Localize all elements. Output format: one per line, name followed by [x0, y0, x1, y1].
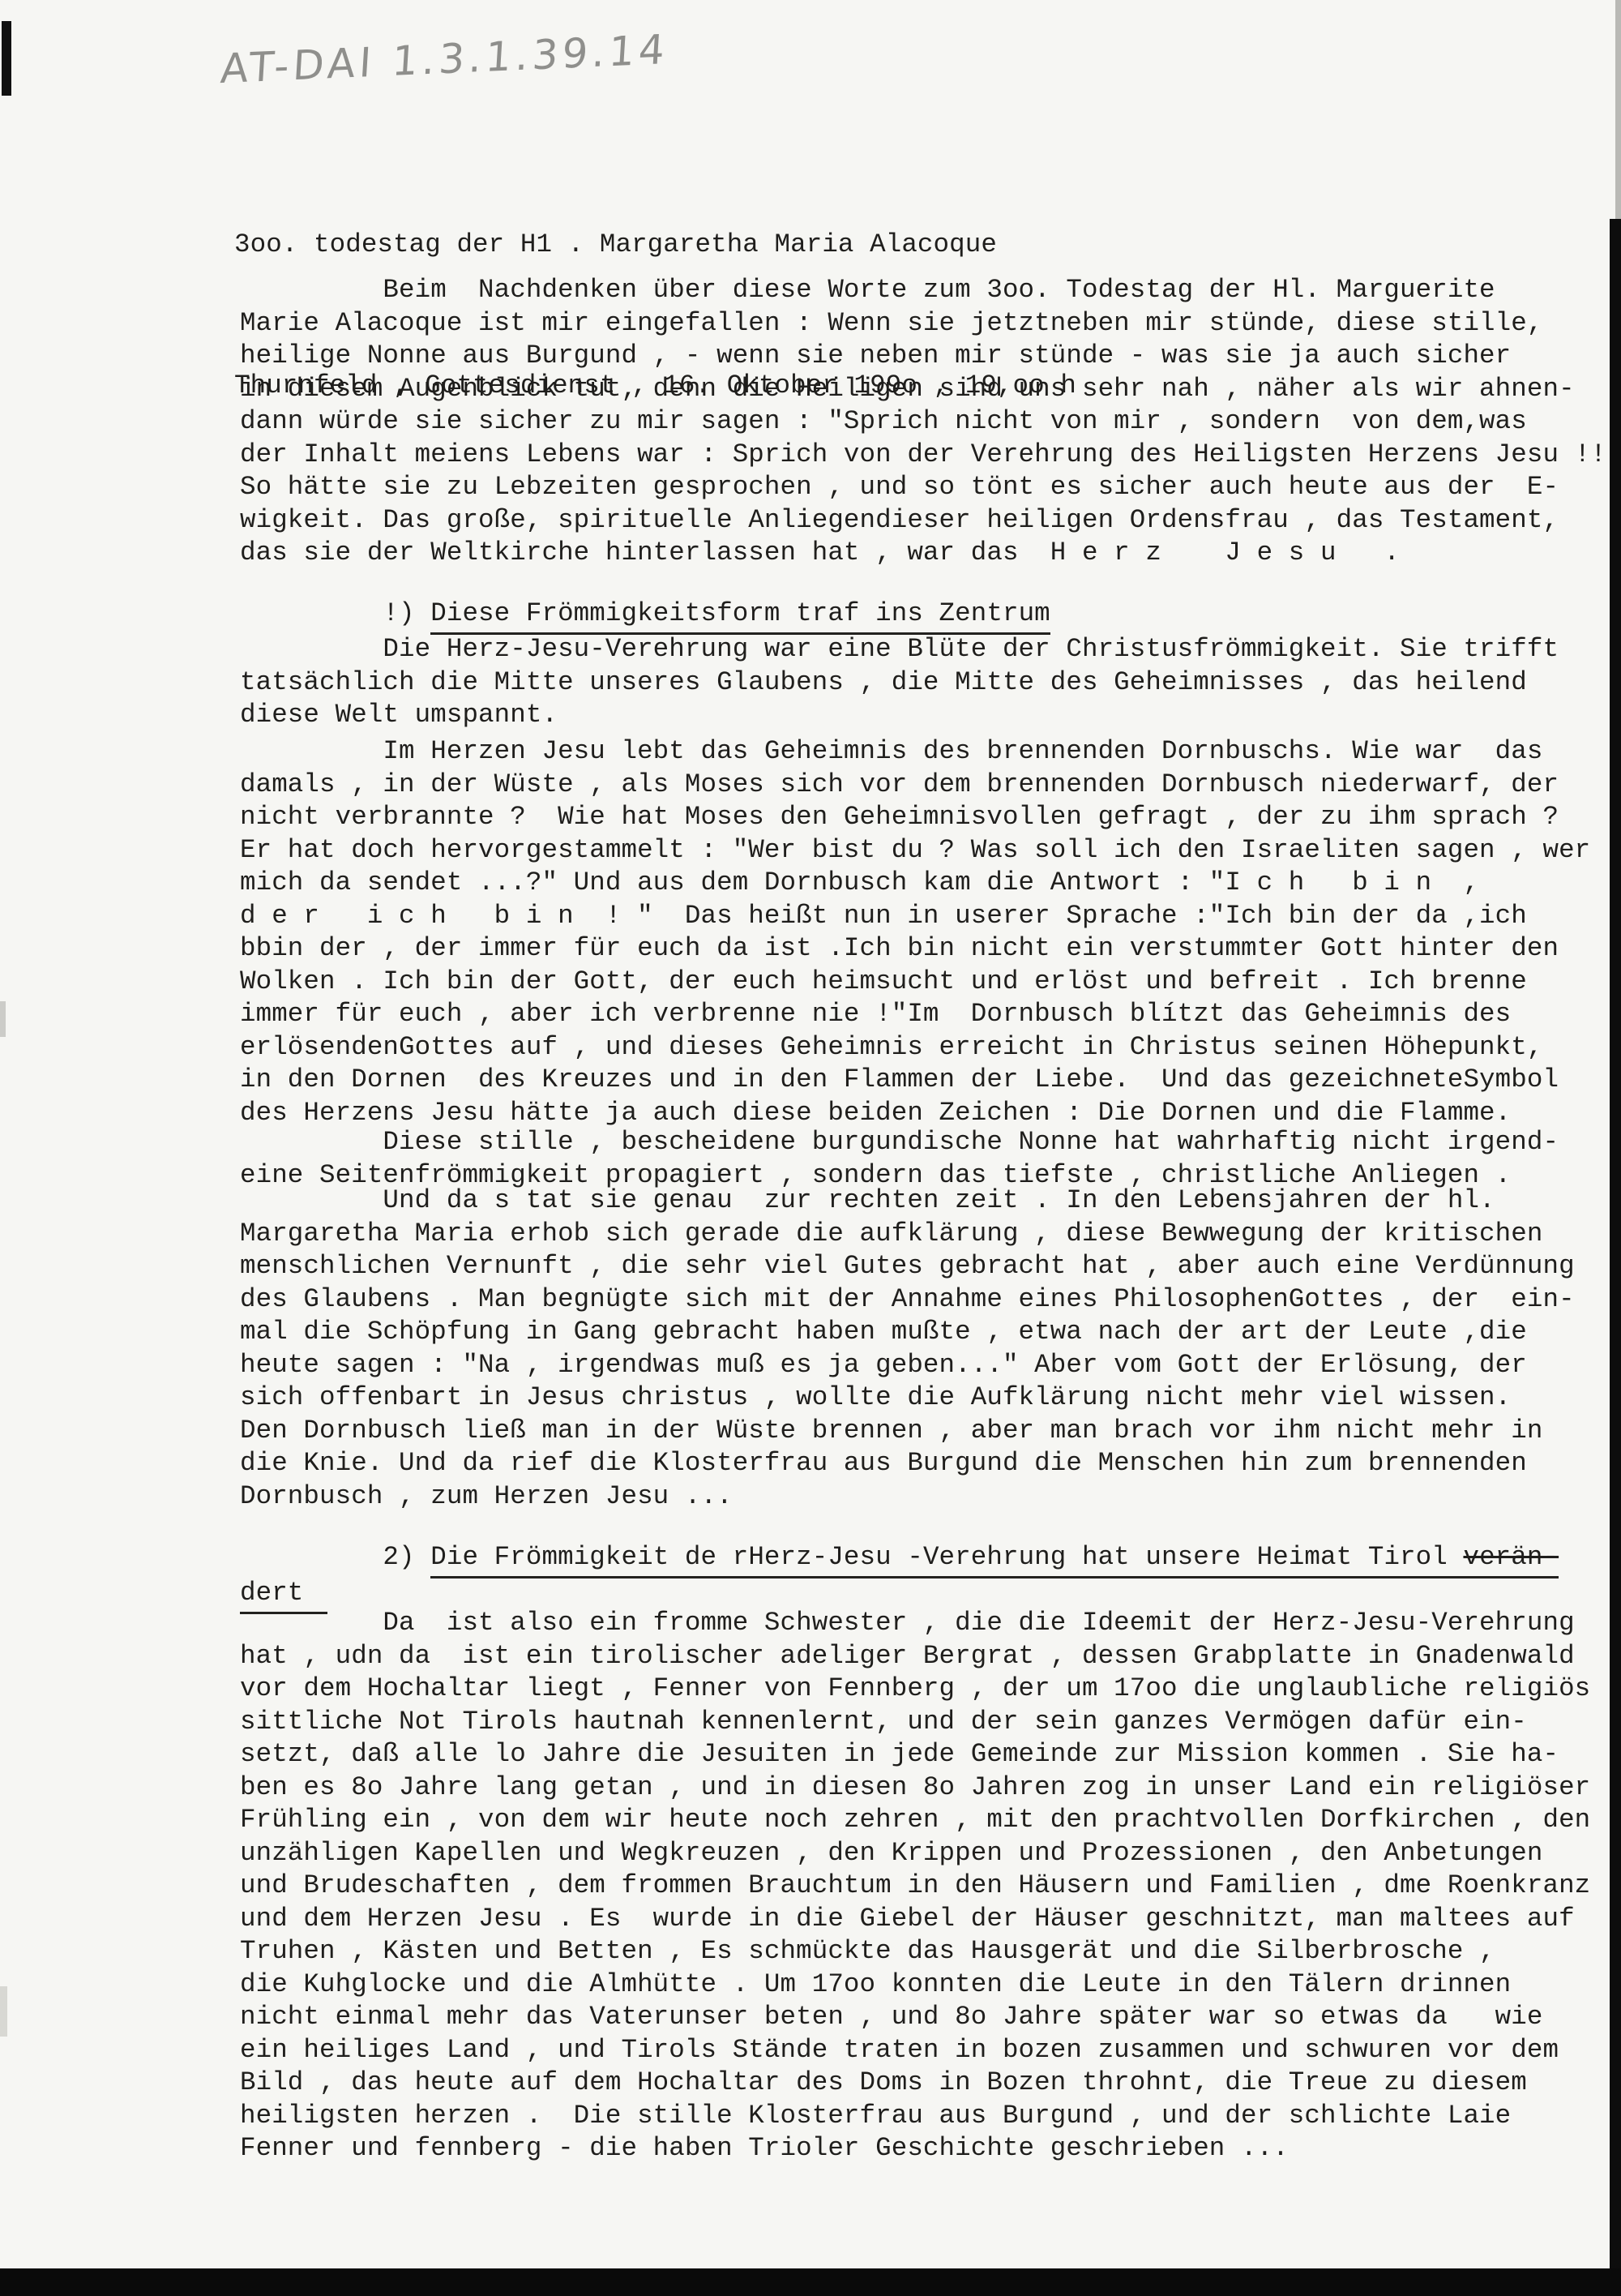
section-1-title: Diese Frömmigkeitsform traf ins Zentrum: [430, 598, 1050, 635]
scan-edge-bottom: [0, 2268, 1621, 2296]
scan-smudge-left-2: [0, 1986, 7, 2037]
paragraph-section1-c: Diese stille , bescheidene burgundische …: [240, 1126, 1559, 1192]
section-2-title: Die Frömmigkeit de rHerz-Jesu -Verehrung…: [430, 1542, 1463, 1578]
paragraph-introduction: Beim Nachdenken über diese Worte zum 3oo…: [240, 274, 1606, 570]
section-2-heading: 2) Die Frömmigkeit de rHerz-Jesu -Verehr…: [240, 1541, 1559, 1574]
paragraph-section2: Da ist also ein fromme Schwester , die d…: [240, 1607, 1590, 2165]
section-2-title-struck-word: verän-: [1463, 1542, 1559, 1578]
paragraph-section1-a: Die Herz-Jesu-Verehrung war eine Blüte d…: [240, 633, 1559, 732]
scan-smudge-left-1: [0, 1001, 6, 1037]
section-1-number: !): [240, 598, 430, 628]
scan-edge-right-fade: [1615, 0, 1621, 235]
scan-corner-mark: [2, 21, 11, 96]
section-2-number: 2): [240, 1542, 430, 1572]
document-title-line1: 3oo. todestag der H1 . Margaretha Maria …: [234, 221, 1076, 268]
paragraph-section1-d: Und da s tat sie genau zur rechten zeit …: [240, 1184, 1575, 1513]
section-2-heading-continuation: dert: [240, 1577, 327, 1610]
archival-reference-annotation: AT-DAI 1.3.1.39.14: [219, 26, 669, 92]
paragraph-section1-b: Im Herzen Jesu lebt das Geheimnis des br…: [240, 735, 1590, 1129]
scan-edge-right: [1610, 219, 1621, 2296]
scanned-document-page: AT-DAI 1.3.1.39.14 3oo. todestag der H1 …: [0, 0, 1621, 2296]
section-1-heading: !) Diese Frömmigkeitsform traf ins Zentr…: [240, 598, 1050, 631]
